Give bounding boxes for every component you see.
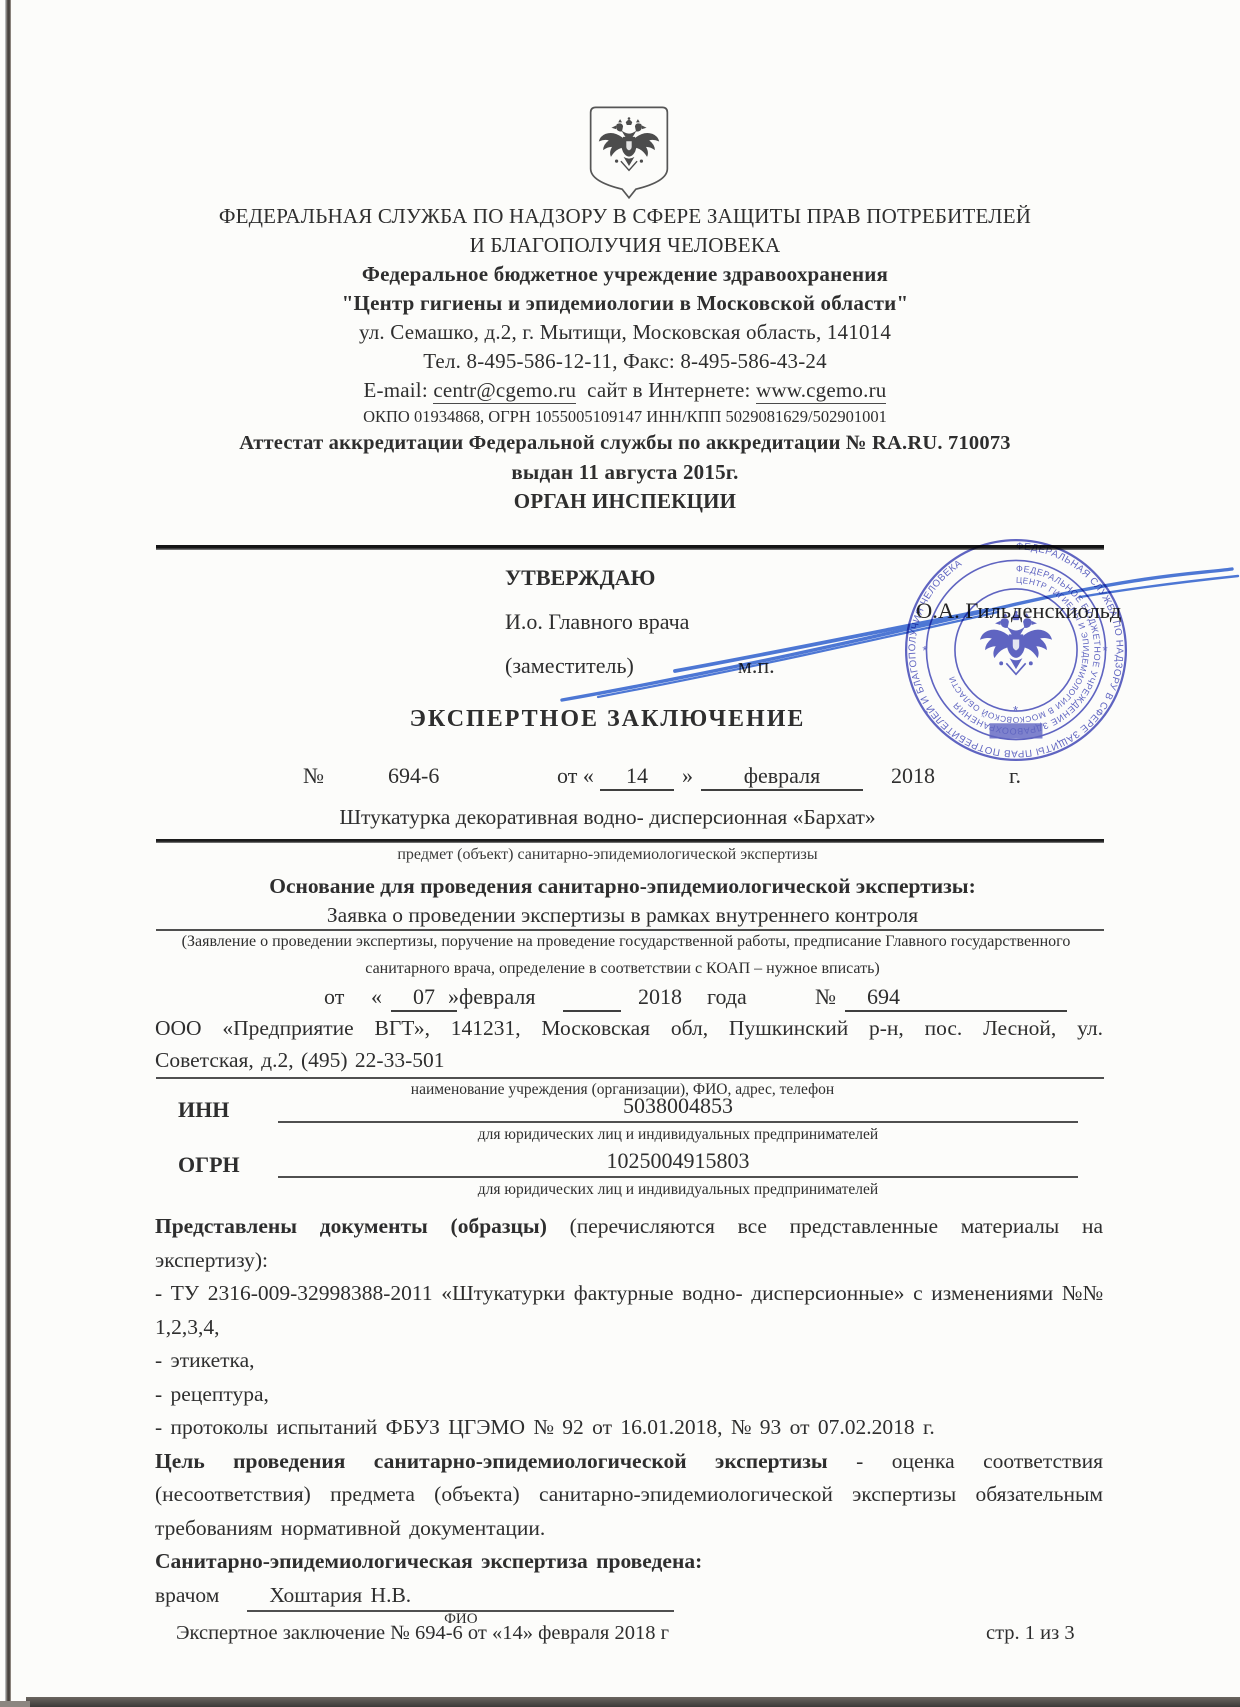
- from-label: от: [324, 984, 344, 1010]
- accreditation-line2: выдан 11 августа 2015г.: [150, 458, 1100, 487]
- email-link: centr@cgemo.ru: [433, 378, 576, 404]
- doctor-role: врачом: [155, 1583, 219, 1607]
- basis-heading: Основание для проведения санитарно-эпиде…: [150, 874, 1095, 899]
- scan-edge-left: [5, 0, 11, 1707]
- year-word: года: [707, 984, 747, 1010]
- number-sign: №: [815, 984, 836, 1010]
- applicant-underline: [156, 1077, 1104, 1079]
- round-stamp: ФЕДЕРАЛЬНАЯ СЛУЖБА ПО НАДЗОРУ В СФЕРЕ ЗА…: [900, 534, 1132, 766]
- double-eagle-shield-icon: [584, 104, 674, 202]
- inn-value: 5038004853: [278, 1093, 1078, 1123]
- performed-heading: Санитарно-эпидемиологическая экспертиза …: [155, 1545, 1103, 1579]
- scan-edge-bottom: [26, 1697, 1240, 1707]
- doctor-name-field: Хоштария Н.В.ФИО: [247, 1580, 674, 1612]
- document-day: 14: [600, 763, 674, 791]
- basis-caption-line1: (Заявление о проведении экспертизы, пору…: [150, 933, 1102, 951]
- ogrn-value: 1025004915803: [278, 1148, 1078, 1178]
- expertise-subject: Штукатурка декоративная водно- дисперсио…: [150, 805, 1065, 830]
- basis-underline: [156, 929, 1104, 931]
- svg-text:*: *: [922, 643, 927, 658]
- footer-document-reference: Экспертное заключение № 694-6 от «14» фе…: [176, 1622, 669, 1645]
- applicant-line2: Советская, д.2, (495) 22-33-501: [155, 1044, 1103, 1076]
- number-sign: №: [303, 763, 324, 789]
- org-codes: ОКПО 01934868, ОГРН 1055005109147 ИНН/КП…: [150, 405, 1100, 429]
- scan-edge-bottom-left: [0, 1701, 30, 1707]
- subject-separator-line: [156, 839, 1104, 843]
- inn-label: ИНН: [178, 1097, 229, 1123]
- document-item-recipe: - рецептура,: [155, 1378, 1103, 1412]
- doctor-name: Хоштария Н.В.: [269, 1583, 411, 1607]
- stamp-ogrn-box: [990, 723, 1043, 738]
- applicant-line1: ООО «Предприятие ВГТ», 141231, Московска…: [155, 1012, 1103, 1044]
- applicant-block: ООО «Предприятие ВГТ», 141231, Московска…: [155, 1012, 1103, 1076]
- document-item-tu: - ТУ 2316-009-32998388-2011 «Штукатурки …: [155, 1277, 1103, 1344]
- footer-page-number: стр. 1 из 3: [986, 1622, 1075, 1645]
- expertise-subject-caption: предмет (объект) санитарно-эпидемиологич…: [150, 846, 1065, 864]
- accreditation-line1: Аттестат аккредитации Федеральной службы…: [150, 429, 1100, 458]
- org-name: "Центр гигиены и эпидемиологии в Московс…: [150, 289, 1100, 318]
- org-type: Федеральное бюджетное учреждение здравоо…: [150, 260, 1100, 289]
- year-suffix: г.: [1009, 763, 1021, 789]
- basis-value: Заявка о проведении экспертизы в рамках …: [150, 903, 1095, 928]
- scanned-document-page: ФЕДЕРАЛЬНАЯ СЛУЖБА ПО НАДЗОРУ В СФЕРЕ ЗА…: [0, 0, 1240, 1707]
- org-contacts: E-mail: centr@cgemo.ru сайт в Интернете:…: [150, 376, 1100, 405]
- quote-close: »: [682, 763, 693, 789]
- site-link: www.cgemo.ru: [756, 378, 887, 404]
- application-number: 694: [845, 984, 1067, 1012]
- org-address: ул. Семашко, д.2, г. Мытищи, Московская …: [150, 318, 1100, 347]
- stamp-eagle-icon: [980, 611, 1052, 674]
- seal-place-mark: м.п.: [738, 653, 775, 678]
- service-name-line1: ФЕДЕРАЛЬНАЯ СЛУЖБА ПО НАДЗОРУ В СФЕРЕ ЗА…: [150, 202, 1100, 231]
- letterhead: ФЕДЕРАЛЬНАЯ СЛУЖБА ПО НАДЗОРУ В СФЕРЕ ЗА…: [150, 202, 1100, 516]
- document-year: 2018: [891, 763, 935, 789]
- inn-caption: для юридических лиц и индивидуальных пре…: [278, 1126, 1078, 1144]
- ogrn-caption: для юридических лиц и индивидуальных пре…: [278, 1181, 1078, 1199]
- document-item-label: - этикетка,: [155, 1344, 1103, 1378]
- service-name-line2: И БЛАГОПОЛУЧИЯ ЧЕЛОВЕКА: [150, 231, 1100, 260]
- org-phone-fax: Тел. 8-495-586-12-11, Факс: 8-495-586-43…: [150, 347, 1100, 376]
- inspection-body: ОРГАН ИНСПЕКЦИИ: [150, 487, 1100, 516]
- svg-text:*: *: [1013, 703, 1018, 718]
- site-label: сайт в Интернете:: [587, 378, 750, 402]
- document-body: Представлены документы (образцы) (перечи…: [155, 1210, 1103, 1612]
- document-number-line: № 694-6 от « 14 » февраля 2018 г.: [155, 763, 1100, 805]
- doctor-line: врачомХоштария Н.В.ФИО: [155, 1579, 1103, 1613]
- application-month: »февраля: [448, 984, 535, 1010]
- coat-of-arms-emblem: [584, 104, 674, 202]
- from-label: от «: [557, 763, 594, 789]
- application-year: 2018: [638, 984, 682, 1010]
- documents-heading: Представлены документы (образцы) (перечи…: [155, 1210, 1103, 1277]
- ogrn-label: ОГРН: [178, 1152, 240, 1178]
- document-item-protocols: - протоколы испытаний ФБУЗ ЦГЭМО № 92 от…: [155, 1411, 1103, 1445]
- document-month: февраля: [701, 763, 863, 791]
- basis-caption-line2: санитарного врача, определение в соответ…: [150, 960, 1095, 978]
- svg-text:*: *: [1102, 643, 1107, 658]
- blank-underline: [563, 984, 621, 1012]
- document-number: 694-6: [388, 763, 439, 789]
- purpose-paragraph: Цель проведения санитарно-эпидемиологиче…: [155, 1445, 1103, 1546]
- email-label: E-mail:: [364, 378, 428, 402]
- quote-open: «: [371, 984, 382, 1010]
